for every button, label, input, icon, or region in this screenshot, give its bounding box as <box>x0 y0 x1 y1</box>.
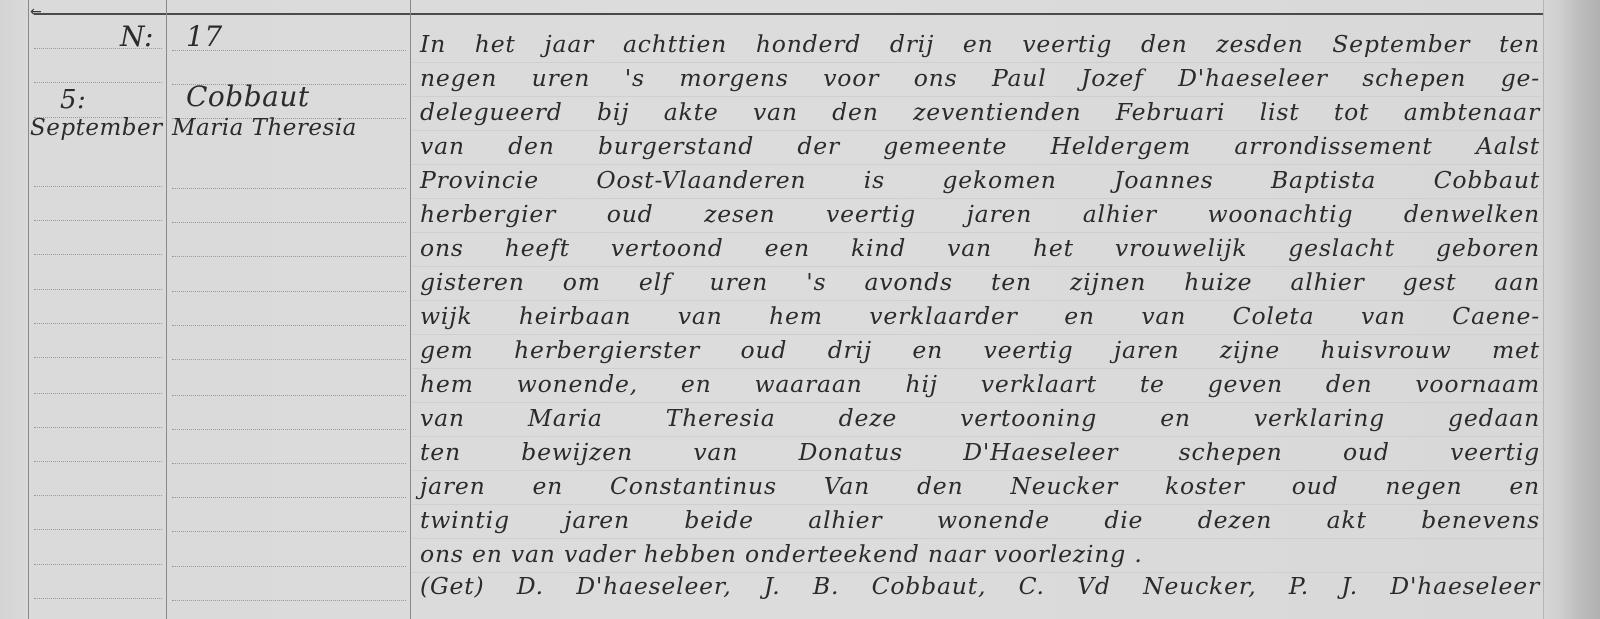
body-line: twintig jaren beide alhier wonende die d… <box>420 506 1540 534</box>
body-line: ons heeft vertoond een kind van het vrou… <box>420 234 1540 262</box>
body-line: gisteren om elf uren 's avonds ten zijne… <box>420 268 1540 296</box>
body-line: In het jaar achttien honderd drij en vee… <box>420 30 1540 58</box>
column-divider-body <box>410 0 411 619</box>
top-rule <box>34 13 1544 15</box>
body-line: delegueerd bij akte van den zeventienden… <box>420 98 1540 126</box>
child-surname: Cobbaut <box>186 80 310 113</box>
body-line: van den burgerstand der gemeente Helderg… <box>420 132 1540 160</box>
body-line: van Maria Theresia deze vertooning en ve… <box>420 404 1540 432</box>
column-divider-date <box>166 0 167 619</box>
body-line: negen uren 's morgens voor ons Paul Joze… <box>420 64 1540 92</box>
record-number-label: N: <box>120 20 154 53</box>
register-page: ← <box>0 0 1600 619</box>
body-line: gem herbergierster oud drij en veertig j… <box>420 336 1540 364</box>
rule-arrow-mark: ← <box>30 4 42 20</box>
signatures-line: (Get) D. D'haeseleer, J. B. Cobbaut, C. … <box>420 572 1540 600</box>
body-line: hem wonende, en waaraan hij verklaart te… <box>420 370 1540 398</box>
record-day: 5: <box>60 85 86 115</box>
body-line: herbergier oud zesen veertig jaren alhie… <box>420 200 1540 228</box>
body-line: Provincie Oost-Vlaanderen is gekomen Joa… <box>420 166 1540 194</box>
record-number: 17 <box>186 20 223 53</box>
right-margin-rule <box>1543 0 1544 619</box>
child-given-names: Maria Theresia <box>172 115 357 141</box>
body-line: wijk heirbaan van hem verklaarder en van… <box>420 302 1540 330</box>
left-margin-rule <box>28 0 29 619</box>
body-line: jaren en Constantinus Van den Neucker ko… <box>420 472 1540 500</box>
body-line: ten bewijzen van Donatus D'Haeseleer sch… <box>420 438 1540 466</box>
body-line: ons en van vader hebben onderteekend naa… <box>420 540 1540 568</box>
record-month: September <box>30 115 163 141</box>
